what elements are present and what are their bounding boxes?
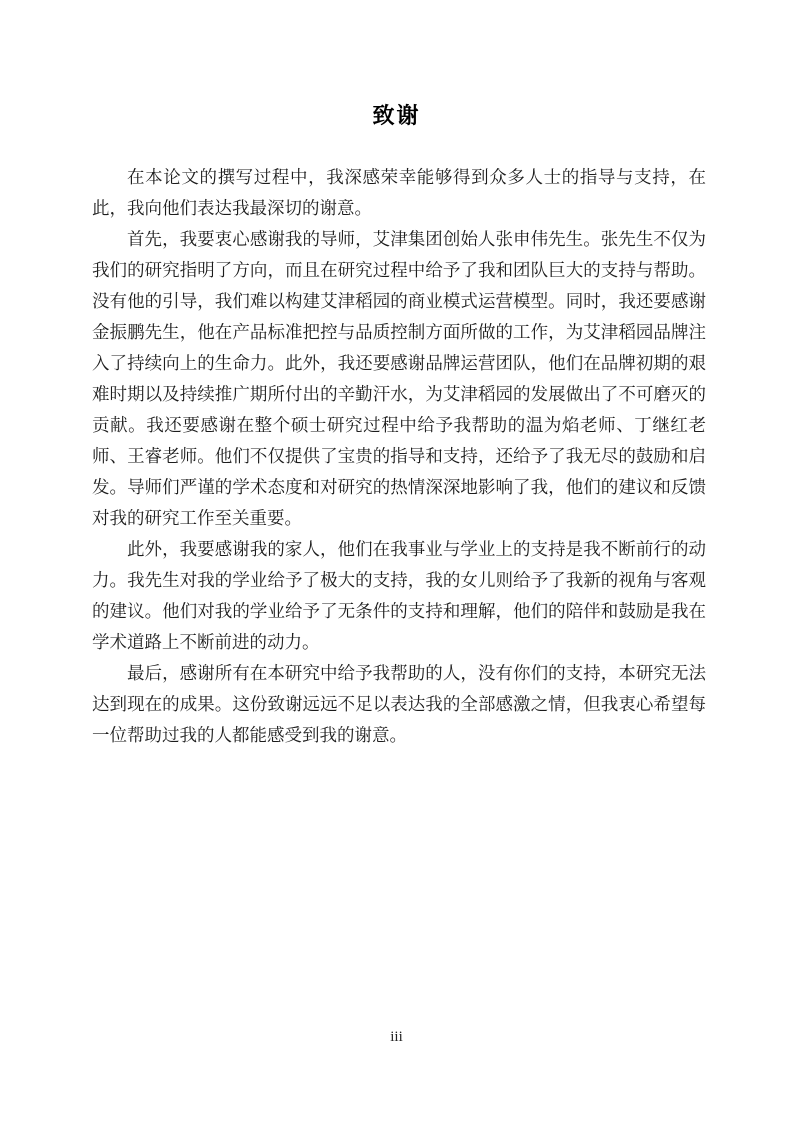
acknowledgments-body: 在本论文的撰写过程中，我深感荣幸能够得到众多人士的指导与支持，在此，我向他们表达… — [92, 162, 706, 751]
paragraph-closing: 最后，感谢所有在本研究中给予我帮助的人，没有你们的支持，本研究无法达到现在的成果… — [92, 658, 706, 751]
paragraph-family: 此外，我要感谢我的家人，他们在我事业与学业上的支持是我不断前行的动力。我先生对我… — [92, 534, 706, 658]
paragraph-intro: 在本论文的撰写过程中，我深感荣幸能够得到众多人士的指导与支持，在此，我向他们表达… — [92, 162, 706, 224]
page-number: iii — [0, 1029, 793, 1046]
document-page: 致谢 在本论文的撰写过程中，我深感荣幸能够得到众多人士的指导与支持，在此，我向他… — [0, 0, 793, 1122]
paragraph-advisors: 首先，我要衷心感谢我的导师，艾津集团创始人张申伟先生。张先生不仅为我们的研究指明… — [92, 224, 706, 534]
page-title: 致谢 — [0, 99, 793, 130]
